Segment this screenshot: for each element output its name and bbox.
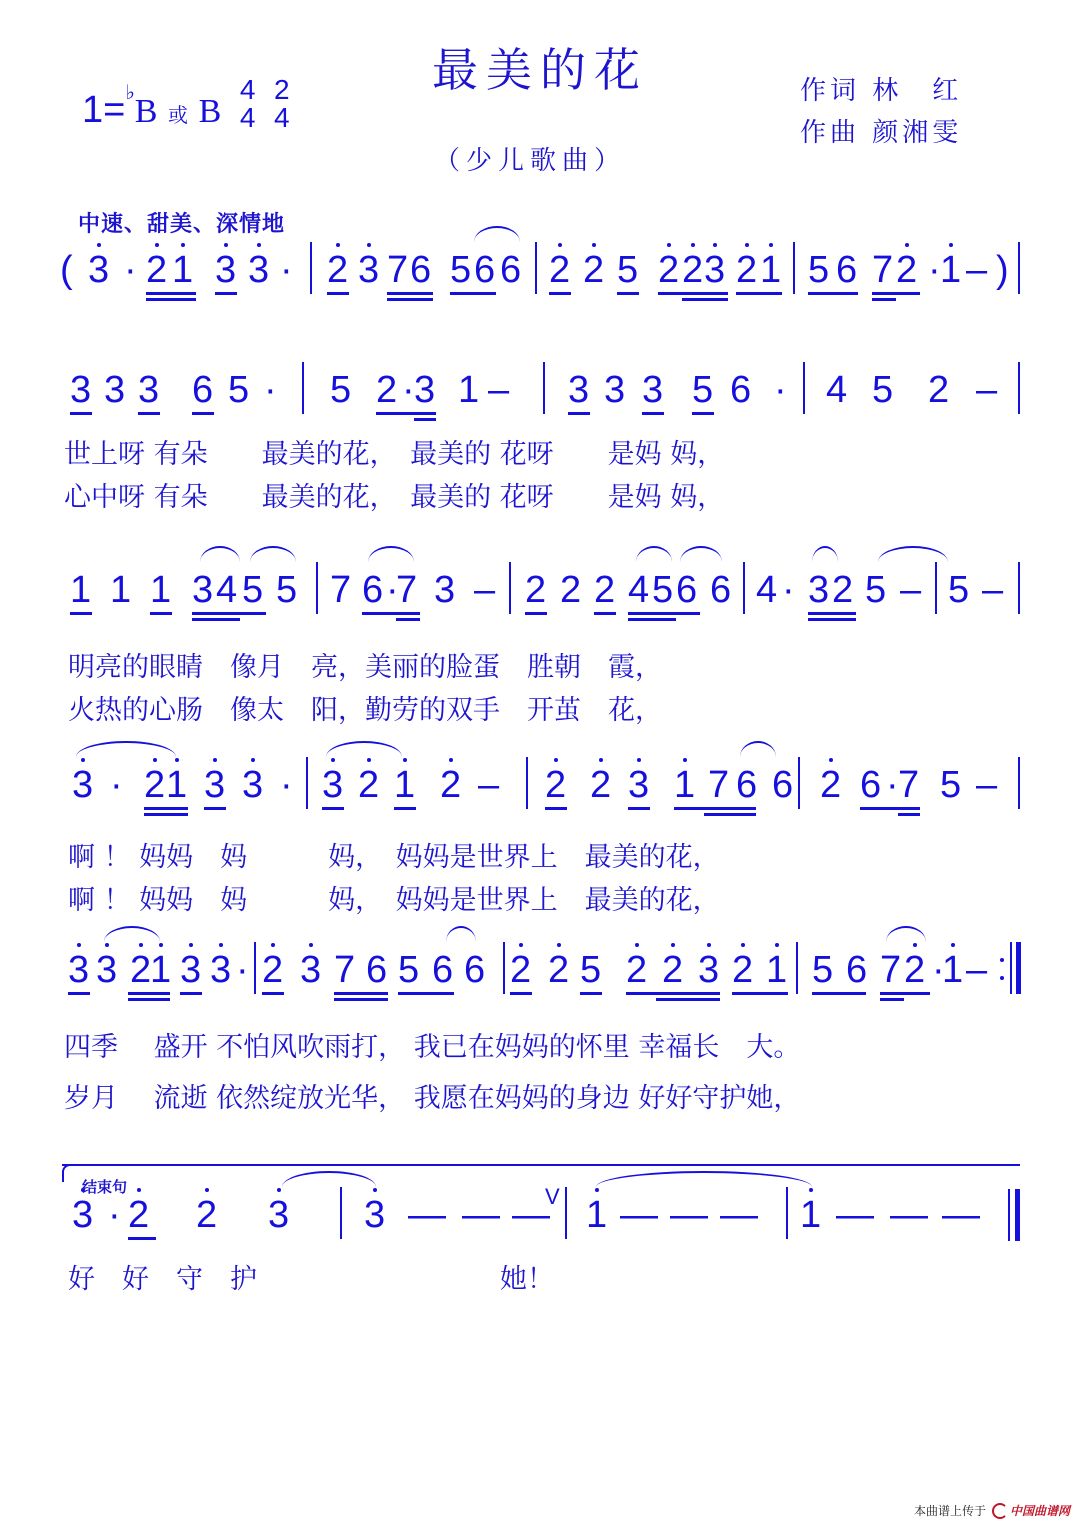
beam-underline (510, 992, 532, 995)
note: 7 (387, 251, 408, 289)
site-name: 中国曲谱网 (1010, 1504, 1070, 1518)
note: 3 (204, 766, 225, 804)
note: 1 (70, 571, 91, 609)
note: 3 (68, 951, 89, 989)
note: — (720, 1196, 758, 1234)
slur (76, 741, 176, 757)
beam-underline (692, 412, 714, 415)
high-octave-dot (97, 243, 101, 247)
slur (636, 546, 672, 562)
note: 6 (860, 766, 881, 804)
lyric-line: 明亮的眼睛 像月 亮，美丽的脸蛋 胜朝 霞， (68, 653, 662, 683)
high-octave-dot (449, 758, 453, 762)
beam-underline (192, 618, 240, 621)
barline (1018, 242, 1020, 294)
note: – (900, 571, 921, 609)
note: – (966, 251, 987, 289)
high-octave-dot (137, 1188, 141, 1192)
note: 3 (72, 766, 93, 804)
high-octave-dot (175, 758, 179, 762)
note: ) (996, 251, 1009, 289)
beam-underline (215, 292, 237, 295)
beam-underline (656, 998, 720, 1001)
beam-underline (146, 298, 196, 301)
barline (306, 757, 308, 809)
note: 2 (130, 951, 151, 989)
note: 3 (268, 1196, 289, 1234)
note: – (478, 766, 499, 804)
note: 7 (708, 766, 729, 804)
note: 5 (580, 951, 601, 989)
note: 3 (414, 371, 435, 409)
note: 1 (150, 571, 171, 609)
note: 2 (928, 371, 949, 409)
beam-underline (617, 292, 639, 295)
note: 3 (604, 371, 625, 409)
high-octave-dot (155, 243, 159, 247)
coda-bracket (62, 1164, 1020, 1166)
high-octave-dot (745, 243, 749, 247)
high-octave-dot (331, 758, 335, 762)
beam-underline (860, 807, 920, 810)
note: 3 (322, 766, 343, 804)
high-octave-dot (554, 758, 558, 762)
beam-underline (322, 807, 344, 810)
high-octave-dot (367, 758, 371, 762)
high-octave-dot (949, 243, 953, 247)
high-octave-dot (309, 943, 313, 947)
note: 2 (820, 766, 841, 804)
high-octave-dot (189, 943, 193, 947)
note: 6 (432, 951, 453, 989)
high-octave-dot (599, 758, 603, 762)
beam-underline (704, 813, 756, 816)
barline (302, 362, 304, 414)
barline (340, 1187, 342, 1239)
high-octave-dot (741, 943, 745, 947)
barline (310, 242, 312, 294)
note: — (942, 1196, 980, 1234)
note: – (976, 371, 997, 409)
barline (803, 362, 805, 414)
note: 7 (330, 571, 351, 609)
note: 5 (228, 371, 249, 409)
note: 2 (626, 951, 647, 989)
note: 2 (440, 766, 461, 804)
note: 2 (662, 951, 683, 989)
note: 6 (772, 766, 793, 804)
beam-underline (387, 298, 433, 301)
note: 6 (836, 251, 857, 289)
high-octave-dot (809, 1188, 813, 1192)
beam-underline (396, 618, 420, 621)
note: 1 (166, 766, 187, 804)
note: 6 (366, 951, 387, 989)
note: 3 (434, 571, 455, 609)
beam-underline (128, 992, 170, 995)
note: 2 (262, 951, 283, 989)
key-signature: 1=♭B 或 B 44 24 (82, 84, 290, 140)
note: 6 (464, 951, 485, 989)
high-octave-dot (205, 1188, 209, 1192)
note: 1 (110, 571, 131, 609)
site-logo-icon (992, 1503, 1008, 1519)
note: 2 (560, 571, 581, 609)
note: — (620, 1196, 658, 1234)
note: 6 (846, 951, 867, 989)
high-octave-dot (403, 758, 407, 762)
note: 4 (628, 571, 649, 609)
note: – (488, 371, 509, 409)
high-octave-dot (181, 243, 185, 247)
note: 1 (800, 1196, 821, 1234)
high-octave-dot (769, 243, 773, 247)
note: 6 (730, 371, 751, 409)
barline (254, 942, 256, 994)
beam-underline (376, 412, 436, 415)
note: 2 (146, 251, 167, 289)
note: 5 (812, 951, 833, 989)
beam-underline (626, 992, 720, 995)
high-octave-dot (713, 243, 717, 247)
high-octave-dot (373, 1188, 377, 1192)
high-octave-dot (829, 758, 833, 762)
note: 2 (594, 571, 615, 609)
note: · (886, 766, 899, 804)
key-prefix: 1= (82, 89, 125, 131)
beam-underline (580, 992, 602, 995)
note: 3 (104, 371, 125, 409)
note: – (474, 571, 495, 609)
note: 1 (150, 951, 171, 989)
beam-underline (180, 992, 202, 995)
note: 2 (682, 251, 703, 289)
high-octave-dot (558, 243, 562, 247)
note: 1 (942, 951, 963, 989)
beam-underline (144, 807, 188, 810)
note: 7 (872, 251, 893, 289)
note: 4 (216, 571, 237, 609)
beam-underline (146, 292, 196, 295)
note: 2 (658, 251, 679, 289)
beam-underline (880, 992, 930, 995)
note: 3 (300, 951, 321, 989)
note: · (402, 371, 415, 409)
note: 7 (880, 951, 901, 989)
beam-underline (414, 418, 436, 421)
high-octave-dot (905, 243, 909, 247)
footer-watermark: 本曲谱上传于中国曲谱网 (914, 1502, 1070, 1520)
lyric-line: 心中呀 有朵 最美的花， 最美的 花呀 是妈 妈， (64, 483, 724, 513)
key-or: 或 (168, 103, 188, 127)
beam-underline (192, 612, 266, 615)
repeat-barline-thin (1010, 942, 1012, 994)
high-octave-dot (775, 943, 779, 947)
note: – (982, 571, 1003, 609)
note: 1 (394, 766, 415, 804)
note: 3 (210, 951, 231, 989)
time-signature-2-4: 24 (274, 76, 290, 132)
high-octave-dot (637, 758, 641, 762)
note: · (110, 766, 123, 804)
note: 6 (710, 571, 731, 609)
composer: 颜湘雯 (872, 118, 962, 148)
beam-underline (628, 618, 676, 621)
beam-underline (808, 618, 856, 621)
note: 3 (242, 766, 263, 804)
beam-underline (192, 412, 214, 415)
beam-underline (812, 992, 866, 995)
high-octave-dot (592, 243, 596, 247)
repeat-barline-thick (1016, 942, 1021, 994)
note: 3 (192, 571, 213, 609)
slur (250, 546, 296, 562)
lyric-line: 四季 盛开 不怕风吹雨打， 我已在妈妈的怀里 幸福长 大。 (64, 1033, 800, 1063)
note: 2 (510, 951, 531, 989)
beam-underline (674, 807, 756, 810)
beam-underline (525, 612, 547, 615)
note: 5 (872, 371, 893, 409)
slur (596, 1171, 812, 1187)
beam-underline (150, 612, 172, 615)
note: 3 (215, 251, 236, 289)
beam-underline (398, 992, 454, 995)
note: 3 (642, 371, 663, 409)
beam-underline (362, 612, 420, 615)
note: 7 (334, 951, 355, 989)
note: · (124, 251, 137, 289)
beam-underline (628, 807, 650, 810)
note: 1 (458, 371, 479, 409)
note: 2 (549, 251, 570, 289)
high-octave-dot (336, 243, 340, 247)
beam-underline (334, 998, 388, 1001)
slur (878, 546, 948, 562)
high-octave-dot (913, 943, 917, 947)
note: 5 (808, 251, 829, 289)
note: · (264, 371, 277, 409)
beam-underline (642, 412, 664, 415)
note: 1 (940, 251, 961, 289)
slur (474, 226, 520, 242)
note: 5 (398, 951, 419, 989)
high-octave-dot (224, 243, 228, 247)
slur (886, 926, 926, 942)
barline (543, 362, 545, 414)
note: 7 (396, 571, 417, 609)
high-octave-dot (367, 243, 371, 247)
note: 2 (525, 571, 546, 609)
coda-label: 结束句 (82, 1176, 127, 1197)
note: 5 (242, 571, 263, 609)
note: 4 (756, 571, 777, 609)
barline (565, 1187, 567, 1239)
high-octave-dot (159, 943, 163, 947)
key-note-1: B (135, 93, 158, 130)
note: 3 (70, 371, 91, 409)
note: · (928, 251, 941, 289)
time-signature-4-4: 44 (240, 76, 256, 132)
high-octave-dot (219, 943, 223, 947)
slur (812, 546, 838, 562)
high-octave-dot (213, 758, 217, 762)
beam-underline (327, 292, 349, 295)
lyric-line: 岁月 流逝 依然绽放光华， 我愿在妈妈的身边 好好守护她， (64, 1084, 800, 1114)
slur (326, 741, 402, 757)
note: 5 (865, 571, 886, 609)
slur (104, 926, 160, 942)
note: 2 (196, 1196, 217, 1234)
beam-underline (568, 412, 590, 415)
high-octave-dot (105, 943, 109, 947)
note: 2 (327, 251, 348, 289)
beam-underline (545, 807, 567, 810)
note: 6 (500, 251, 521, 289)
slur (200, 546, 240, 562)
note: 2 (548, 951, 569, 989)
barline (509, 562, 511, 614)
beam-underline (70, 612, 92, 615)
lyricist: 林 红 (872, 76, 962, 106)
note: 5 (940, 766, 961, 804)
beam-underline (628, 612, 700, 615)
lyric-line: 啊 ！ 妈妈 妈 妈， 妈妈是世界上 最美的花， (68, 886, 720, 916)
tempo-marking: 中速、甜美、深情地 (78, 207, 285, 238)
note: 6 (192, 371, 213, 409)
upload-text: 本曲谱上传于 (914, 1504, 986, 1518)
slur (446, 926, 476, 942)
note: · (108, 1196, 121, 1234)
note: 3 (628, 766, 649, 804)
beam-underline (898, 813, 920, 816)
lyric-line: 火热的心肠 像太 阳，勤劳的双手 开茧 花， (68, 696, 662, 726)
note: 2 (732, 951, 753, 989)
note: 1 (586, 1196, 607, 1234)
beam-underline (128, 998, 170, 1001)
note: 2 (358, 766, 379, 804)
note: · (236, 951, 249, 989)
note: — (890, 1196, 928, 1234)
note: — (462, 1196, 500, 1234)
beam-underline (450, 292, 496, 295)
high-octave-dot (557, 943, 561, 947)
note: 3 (96, 951, 117, 989)
note: · (280, 766, 293, 804)
slur (282, 1171, 376, 1187)
lyricist-label: 作词 (800, 76, 860, 106)
coda-bracket-hook (62, 1164, 72, 1182)
high-octave-dot (667, 243, 671, 247)
note: 3 (364, 1196, 385, 1234)
high-octave-dot (257, 243, 261, 247)
beam-underline (732, 992, 788, 995)
note: 3 (704, 251, 725, 289)
note: — (836, 1196, 874, 1234)
slur (368, 546, 414, 562)
note: 3 (72, 1196, 93, 1234)
note: 2 (904, 951, 925, 989)
beam-underline (70, 412, 92, 415)
beam-underline (658, 292, 728, 295)
note: 1 (172, 251, 193, 289)
note: 2 (583, 251, 604, 289)
repeat-dot (1000, 976, 1004, 980)
note: – (966, 951, 987, 989)
beam-underline (204, 807, 226, 810)
beam-underline (549, 292, 571, 295)
note: · (280, 251, 293, 289)
beam-underline (872, 292, 920, 295)
high-octave-dot (519, 943, 523, 947)
high-octave-dot (277, 1188, 281, 1192)
beam-underline (138, 412, 160, 415)
barline (316, 562, 318, 614)
barline (798, 757, 800, 809)
high-octave-dot (707, 943, 711, 947)
note: 2 (832, 571, 853, 609)
note: 1 (766, 951, 787, 989)
note: 3 (138, 371, 159, 409)
beam-underline (682, 298, 728, 301)
beam-underline (394, 807, 416, 810)
note: 5 (692, 371, 713, 409)
barline (526, 757, 528, 809)
slur (740, 741, 776, 757)
lyric-line: 世上呀 有朵 最美的花， 最美的 花呀 是妈 妈， (64, 440, 724, 470)
beam-underline (68, 992, 90, 995)
barline (935, 562, 937, 614)
barline (786, 1187, 788, 1239)
beam-underline (736, 292, 782, 295)
note: 7 (898, 766, 919, 804)
note: 6 (474, 251, 495, 289)
high-octave-dot (951, 943, 955, 947)
note: 3 (568, 371, 589, 409)
note: 5 (652, 571, 673, 609)
note: · (782, 571, 795, 609)
note: 1 (760, 251, 781, 289)
high-octave-dot (271, 943, 275, 947)
note: 2 (545, 766, 566, 804)
flat-icon: ♭ (125, 80, 134, 104)
beam-underline (808, 292, 858, 295)
barline (535, 242, 537, 294)
note: 3 (808, 571, 829, 609)
barline (503, 942, 505, 994)
note: – (976, 766, 997, 804)
high-octave-dot (683, 758, 687, 762)
beam-underline (144, 813, 188, 816)
high-octave-dot (595, 1188, 599, 1192)
note: 5 (617, 251, 638, 289)
beam-underline (387, 292, 433, 295)
note: ( (60, 251, 73, 289)
high-octave-dot (77, 943, 81, 947)
high-octave-dot (691, 243, 695, 247)
final-barline-thick (1015, 1189, 1020, 1241)
high-octave-dot (671, 943, 675, 947)
note: 5 (948, 571, 969, 609)
note: 3 (698, 951, 719, 989)
beam-underline (262, 992, 284, 995)
slur (680, 546, 722, 562)
barline (1018, 757, 1020, 809)
note: 2 (736, 251, 757, 289)
note: 2 (590, 766, 611, 804)
credits: 作词 林 红 作曲 颜湘雯 (800, 70, 962, 154)
note: 6 (362, 571, 383, 609)
note: 3 (88, 251, 109, 289)
